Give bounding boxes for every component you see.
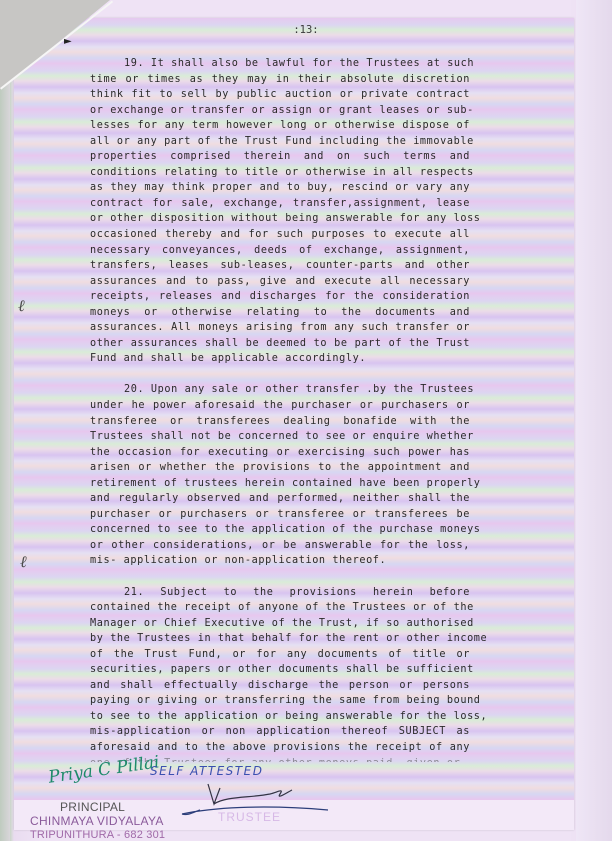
- text-line: as they may think proper and to buy, res…: [90, 180, 470, 196]
- page-number: :13:: [0, 24, 612, 36]
- text-line: 21. Subject to the provisions herein bef…: [90, 585, 470, 601]
- text-line: paying or giving or transferring the sam…: [90, 693, 470, 709]
- text-line: mis-application or non application there…: [90, 724, 470, 740]
- text-line: to see to the application or being answe…: [90, 709, 470, 725]
- text-line: Trustees shall not be concerned to see o…: [90, 429, 470, 445]
- stamp-title: PRINCIPAL: [30, 800, 165, 814]
- margin-mark-icon: ℓ: [20, 552, 27, 572]
- text-line: 20. Upon any sale or other transfer .by …: [90, 382, 470, 398]
- mouse-cursor-icon: ►: [64, 36, 72, 47]
- text-line: lesses for any term however long or othe…: [90, 118, 470, 134]
- clause-20: 20. Upon any sale or other transfer .by …: [90, 382, 470, 569]
- scanner-right-margin: [576, 0, 612, 841]
- text-line: conditions relating to title or otherwis…: [90, 165, 470, 181]
- text-line: assurances. All moneys arising from any …: [90, 320, 470, 336]
- text-line: contract for sale, exchange, transfer,as…: [90, 196, 470, 212]
- text-line: by the Trustees in that behalf for the r…: [90, 631, 470, 647]
- document-body: 19. It shall also be lawful for the Trus…: [90, 56, 470, 777]
- text-line: think fit to sell by public auction or p…: [90, 87, 470, 103]
- text-line: all or any part of the Trust Fund includ…: [90, 134, 470, 150]
- text-line: arisen or whether the provisions to the …: [90, 460, 470, 476]
- text-line: moneys or otherwise relating to the docu…: [90, 305, 470, 321]
- text-line: or exchange or transfer or assign or gra…: [90, 103, 470, 119]
- clause-19: 19. It shall also be lawful for the Trus…: [90, 56, 470, 367]
- principal-stamp: PRINCIPAL CHINMAYA VIDYALAYA TRIPUNITHUR…: [30, 800, 165, 841]
- text-line: mis- application or non-application ther…: [90, 553, 470, 569]
- text-line: concerned to see to the application of t…: [90, 522, 470, 538]
- text-line: transferee or transferees dealing bonafi…: [90, 414, 470, 430]
- text-line: retirement of trustees herein contained …: [90, 476, 470, 492]
- scanner-left-edge: [0, 82, 10, 841]
- text-line: and regularly observed and performed, ne…: [90, 491, 470, 507]
- text-line: Fund and shall be applicable accordingly…: [90, 351, 470, 367]
- text-line: 19. It shall also be lawful for the Trus…: [90, 56, 470, 72]
- text-line: the occasion for executing or exercising…: [90, 445, 470, 461]
- text-line: and shall effectually discharge the pers…: [90, 678, 470, 694]
- text-line: other assurances shall be deemed to be p…: [90, 336, 470, 352]
- text-line: properties comprised therein and on such…: [90, 149, 470, 165]
- self-attested-note: SELF ATTESTED: [150, 764, 263, 778]
- text-line: securities, papers or other documents sh…: [90, 662, 470, 678]
- clause-21: 21. Subject to the provisions herein bef…: [90, 585, 470, 762]
- stamp-place: TRIPUNITHURA - 682 301: [30, 828, 165, 841]
- text-line: receipts, releases and discharges for th…: [90, 289, 470, 305]
- text-line: or other disposition without being answe…: [90, 211, 470, 227]
- text-line: Manager or Chief Executive of the Trust,…: [90, 616, 470, 632]
- text-line: assurances and to pass, give and execute…: [90, 274, 470, 290]
- text-line: contained the receipt of anyone of the T…: [90, 600, 470, 616]
- margin-mark-icon: ℓ: [18, 296, 25, 316]
- text-line: occasioned thereby and for such purposes…: [90, 227, 470, 243]
- text-line: or other considerations, or be answerabl…: [90, 538, 470, 554]
- text-line: of the Trust Fund, or for any documents …: [90, 647, 470, 663]
- text-line: under he power aforesaid the purchaser o…: [90, 398, 470, 414]
- text-line: time or times as they may in their absol…: [90, 72, 470, 88]
- text-line: purchaser or purchasers or transferee or…: [90, 507, 470, 523]
- stamp-school: CHINMAYA VIDYALAYA: [30, 814, 165, 828]
- text-line: necessary conveyances, deeds of exchange…: [90, 243, 470, 259]
- trustee-stamp-label: TRUSTEE: [218, 810, 281, 824]
- text-line: transfers, leases sub-leases, counter-pa…: [90, 258, 470, 274]
